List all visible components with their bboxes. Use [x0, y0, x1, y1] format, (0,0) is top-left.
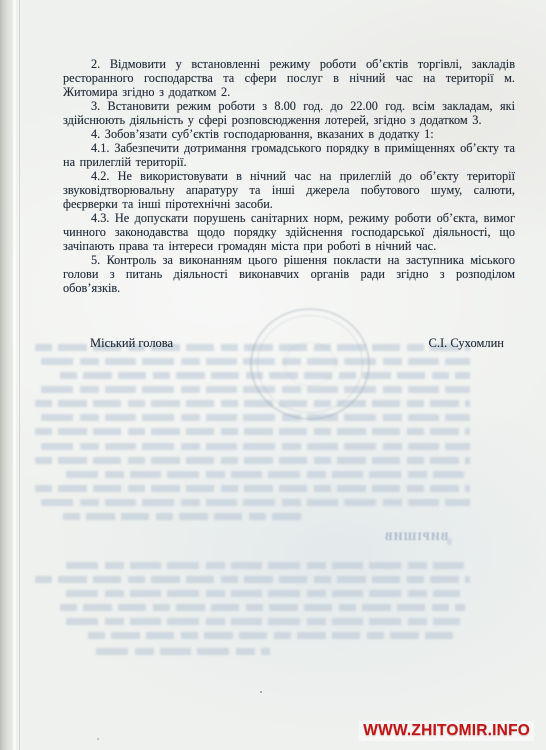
stamp-inner-ring	[257, 315, 363, 413]
signatory-name: С.І. Сухомлин	[429, 336, 504, 351]
bleedthrough-line	[60, 590, 460, 597]
document-paragraph-5: 5. Контроль за виконанням цього рішення …	[63, 253, 515, 295]
paper-speck	[260, 691, 262, 693]
bleedthrough-line	[35, 443, 470, 450]
document-paragraph-4-2: 4.2. Не використовувати в нічний час на …	[63, 169, 515, 211]
page-edge-highlight	[13, 0, 16, 750]
bleedthrough-line	[35, 358, 470, 365]
document-paragraph-4: 4. Зобов’язати суб’єктів господарювання,…	[63, 127, 515, 141]
bleedthrough-line	[60, 372, 470, 379]
document-paragraph-2: 2. Відмовити у встановленні режиму робот…	[63, 57, 515, 99]
bleedthrough-line	[35, 499, 470, 506]
bleedthrough-word: ВИРІШИВ	[384, 531, 448, 543]
document-body-text: 2. Відмовити у встановленні режиму робот…	[63, 57, 515, 295]
document-paragraph-4-3: 4.3. Не допускати порушень санітарних но…	[63, 211, 515, 253]
paper-speck	[447, 538, 452, 545]
bleedthrough-line	[60, 471, 470, 478]
scanned-document-page: ВИРІШИВ 2. Відмовити у встановленні режи…	[0, 0, 546, 750]
round-stamp-icon	[250, 308, 370, 420]
bleedthrough-line	[35, 414, 470, 421]
bleedthrough-line	[60, 562, 470, 569]
stamp-outer-ring	[250, 308, 370, 420]
page-edge-shadow	[0, 0, 13, 750]
bleedthrough-line	[90, 648, 270, 655]
site-watermark: WWW.ZHITOMIR.INFO	[359, 721, 534, 741]
bleedthrough-line	[60, 604, 465, 611]
document-paragraph-4-1: 4.1. Забезпечити дотримання громадського…	[63, 141, 515, 169]
bleedthrough-line	[35, 400, 470, 407]
bleedthrough-line	[35, 576, 470, 583]
bleedthrough-line	[35, 485, 470, 492]
document-paragraph-3: 3. Встановити режим роботи з 8.00 год. д…	[63, 99, 515, 127]
signatory-title: Міський голова	[90, 336, 173, 351]
bleedthrough-line	[35, 428, 470, 435]
bleedthrough-line	[88, 632, 458, 639]
page-fold-line	[19, 0, 20, 750]
bleedthrough-line	[63, 513, 303, 520]
signature-row: Міський голова С.І. Сухомлин	[90, 336, 504, 351]
bleedthrough-line	[35, 457, 470, 464]
bleedthrough-line	[60, 618, 460, 625]
bleedthrough-line	[35, 386, 470, 393]
paper-speck	[97, 738, 99, 740]
